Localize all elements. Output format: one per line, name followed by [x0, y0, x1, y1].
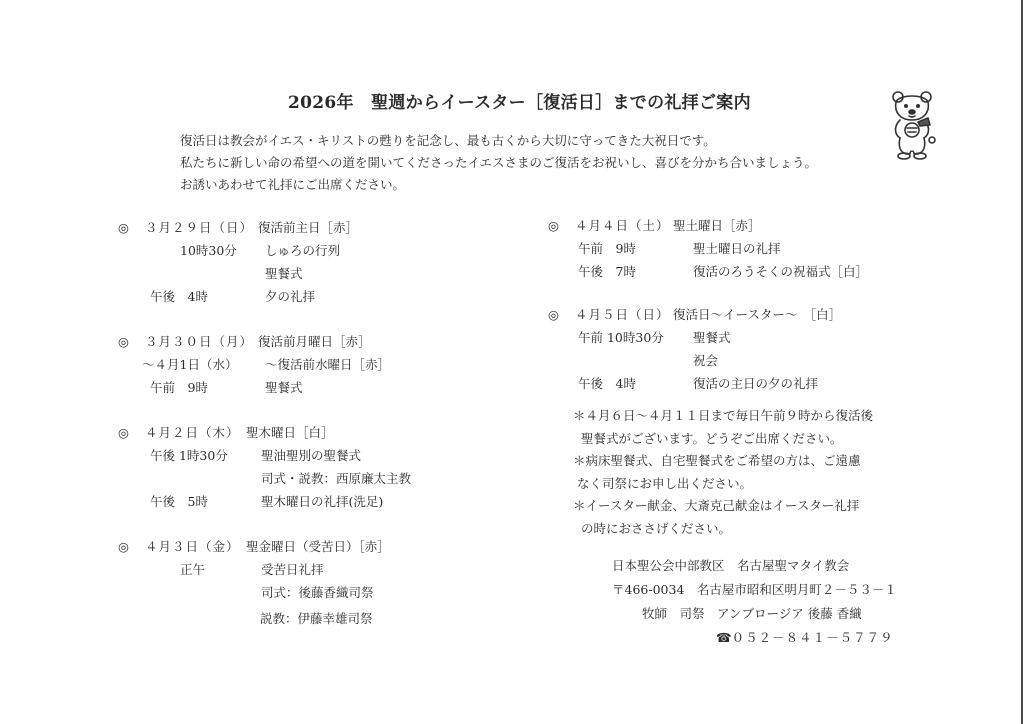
event-item: 受苦日礼拝 — [261, 558, 324, 581]
event-date: ３月３０日（月） — [145, 330, 253, 353]
phone-number: ０５２－８４１－５７７９ — [732, 630, 894, 645]
note-line: ＊病床聖餐式、自宅聖餐式をご希望の方は、ご遠慮 — [573, 450, 873, 473]
event-item: 聖土曜日の礼拝 — [693, 237, 781, 260]
event-name: 聖木曜日［白］ — [246, 421, 334, 444]
intro-paragraph: 復活日は教会がイエス・キリストの甦りを記念し、最も古くから大切に守ってきた大祝日… — [180, 130, 817, 196]
event-name: 聖土曜日［赤］ — [673, 214, 761, 237]
event-item: 復活の主日の夕の礼拝 — [693, 372, 818, 395]
page-title: 2026年 聖週からイースター［復活日］までの礼拝ご案内 — [288, 88, 751, 113]
double-circle-icon: ◎ — [548, 214, 559, 237]
note-line: ＊４月６日～４月１１日まで毎日午前９時から復活後 — [573, 405, 873, 428]
double-circle-icon: ◎ — [118, 216, 129, 239]
event-item: ～復活前水曜日［赤］ — [265, 353, 390, 376]
event-name: 復活前月曜日［赤］ — [258, 330, 371, 353]
event-item: 司式：後藤香織司祭 — [261, 581, 374, 604]
event-time: 午後 5時 — [150, 490, 208, 513]
event-time: 10時30分 — [180, 239, 237, 262]
note-line: なく司祭にお申し出ください。 — [573, 473, 873, 496]
event-date: ４月４日（土） — [575, 214, 670, 237]
event-time: 午後 4時 — [578, 372, 636, 395]
event-item: 祝会 — [693, 349, 718, 372]
event-time: 午前 9時 — [150, 376, 208, 399]
event-time: 午前 10時30分 — [578, 326, 664, 349]
phone-icon: ☎ — [716, 630, 732, 645]
note-line: ＊イースター献金、大斎克己献金はイースター礼拝 — [573, 495, 873, 518]
notes-section: ＊４月６日～４月１１日まで毎日午前９時から復活後 聖餐式がございます。どうぞご出… — [573, 405, 873, 540]
event-item: 聖餐式 — [693, 326, 731, 349]
intro-line: 復活日は教会がイエス・キリストの甦りを記念し、最も古くから大切に守ってきた大祝日… — [180, 130, 817, 152]
event-name: 復活前主日［赤］ — [258, 216, 358, 239]
note-line: 聖餐式がございます。どうぞご出席ください。 — [573, 428, 873, 451]
note-line: の時におささげください。 — [573, 518, 873, 541]
event-time: 午後 4時 — [150, 285, 208, 308]
event-item: 復活のろうそくの祝福式［白］ — [693, 260, 868, 283]
church-contact: 日本聖公会中部教区 名古屋聖マタイ教会 〒466-0034 名古屋市昭和区明月町… — [612, 554, 897, 650]
intro-line: 私たちに新しい命の希望への道を開いてくださったイエスさまのご復活をお祝いし、喜び… — [180, 152, 817, 174]
phone-line: ☎０５２－８４１－５７７９ — [612, 626, 897, 650]
bear-illustration-icon — [888, 88, 944, 160]
church-name: 日本聖公会中部教区 名古屋聖マタイ教会 — [612, 554, 897, 578]
event-date: ４月５日（日） — [575, 303, 670, 326]
event-time: 午後 1時30分 — [150, 444, 228, 467]
double-circle-icon: ◎ — [548, 303, 559, 326]
pastor-name: 牧師 司祭 アンブロージア 後藤 香織 — [612, 602, 897, 626]
event-item: 聖木曜日の礼拝(洗足) — [261, 490, 383, 513]
event-item: 司式・説教：西原廉太主教 — [261, 467, 411, 490]
event-name: 聖金曜日（受苦日）［赤］ — [246, 535, 390, 558]
event-date: ４月２日（木） — [145, 421, 240, 444]
event-date: ３月２９日（日） — [145, 216, 253, 239]
event-item: しゅろの行列 — [265, 239, 340, 262]
event-item: 説教：伊藤幸雄司祭 — [260, 607, 373, 630]
double-circle-icon: ◎ — [118, 421, 129, 444]
double-circle-icon: ◎ — [118, 535, 129, 558]
event-item: 聖餐式 — [265, 262, 303, 285]
event-time: 正午 — [180, 558, 205, 581]
event-item: 聖油聖別の聖餐式 — [261, 444, 361, 467]
double-circle-icon: ◎ — [118, 330, 129, 353]
event-item: 夕の礼拝 — [265, 285, 315, 308]
event-item: 聖餐式 — [265, 376, 303, 399]
event-time: 午前 9時 — [578, 237, 636, 260]
event-name: 復活日～イースター～ ［白］ — [673, 303, 841, 326]
scan-edge-line — [1021, 0, 1023, 724]
event-date: ４月３日（金） — [145, 535, 240, 558]
church-address: 〒466-0034 名古屋市昭和区明月町２－５３－１ — [612, 578, 897, 602]
event-time: 午後 7時 — [578, 260, 636, 283]
intro-line: お誘いあわせて礼拝にご出席ください。 — [180, 174, 817, 196]
event-time: ～４月1日（水） — [142, 353, 237, 376]
